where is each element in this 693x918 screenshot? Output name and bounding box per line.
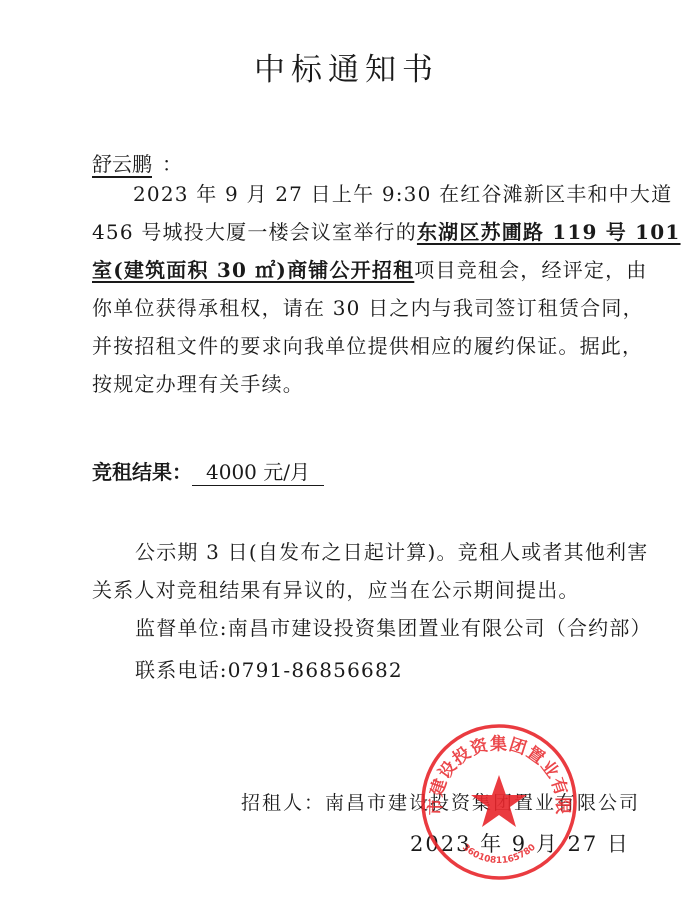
supervisor-line: 监督单位:南昌市建设投资集团置业有限公司（合约部） [135,614,652,642]
paragraph-line-2: 456 号城投大厦一楼会议室举行的东湖区苏圃路 119 号 101 [92,218,681,246]
signature-date: 2023 年 9 月 27 日 [410,828,630,858]
paragraph-line-4: 你单位获得承租权，请在 30 日之内与我司签订租赁合同， [92,294,644,322]
paragraph-line-2-text: 456 号城投大厦一楼会议室举行的 [92,220,417,244]
contact-line: 联系电话:0791-86856682 [135,656,403,684]
bid-result-value: 4000 元/月 [192,460,324,486]
notice-line-2: 关系人对竞租结果有异议的，应当在公示期间提出。 [92,576,580,604]
paragraph-line-5: 并按招租文件的要求向我单位提供相应的履约保证。据此， [92,332,643,360]
document-title: 中标通知书 [0,44,693,89]
notice-line-1: 公示期 3 日(自发布之日起计算)。竞租人或者其他利害 [135,538,648,566]
paragraph-line-1: 2023 年 9 月 27 日上午 9:30 在红谷滩新区丰和中大道 [133,180,672,208]
addressee-name: 舒云鹏 [92,152,162,176]
addressee-colon: ： [162,152,182,176]
property-name-part2: 室(建筑面积 30 ㎡)商铺公开招租 [92,258,414,282]
paragraph-line-3: 室(建筑面积 30 ㎡)商铺公开招租项目竞租会，经评定，由 [92,256,648,284]
property-name-part1: 东湖区苏圃路 119 号 101 [417,220,681,244]
paragraph-line-6: 按规定办理有关手续。 [92,370,304,398]
addressee: 舒云鹏： [92,148,182,177]
bid-result: 竞租结果：4000 元/月 [92,456,324,486]
paragraph-line-3-text: 项目竞租会，经评定，由 [414,258,647,282]
bid-result-label: 竞租结果： [92,460,192,484]
lessor-signature: 招租人：南昌市建设投资集团置业有限公司 [241,788,640,815]
